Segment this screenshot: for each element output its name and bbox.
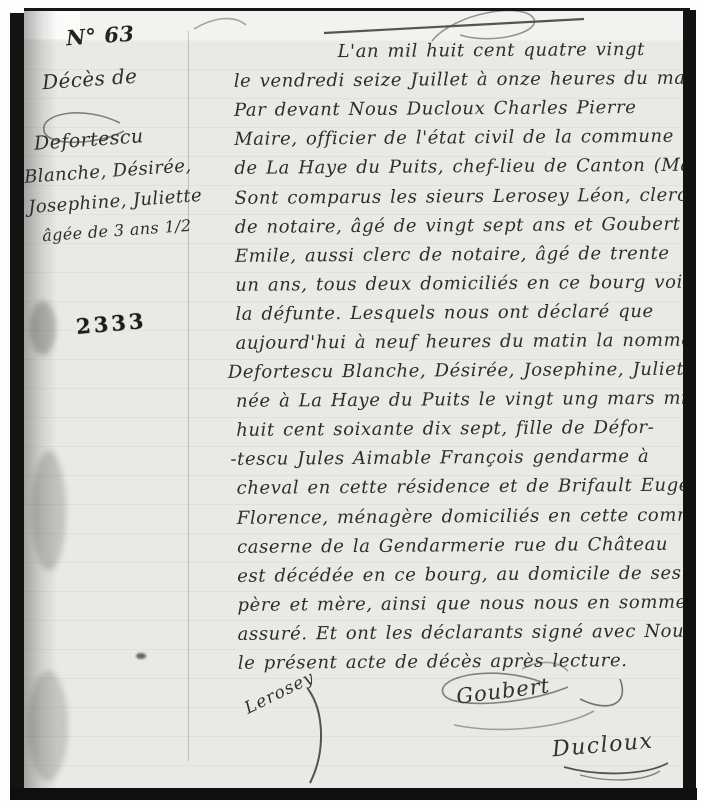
act-body-text: L'an mil huit cent quatre vingt le vendr… (24, 11, 683, 788)
scan-border-right (683, 10, 696, 790)
act-line: de notaire, âgé de vingt sept ans et Gou… (235, 214, 681, 238)
act-line: un ans, tous deux domiciliés en ce bourg… (235, 271, 683, 296)
act-line: Maire, officier de l'état civil de la co… (234, 126, 674, 150)
act-line: née à La Haye du Puits le vingt ung mars… (236, 388, 683, 412)
act-line: est décédée en ce bourg, au domicile de … (237, 563, 681, 587)
act-line: assuré. Et ont les déclarants signé avec… (238, 621, 683, 645)
act-line: père et mère, ainsi que nous nous en som… (237, 592, 683, 616)
act-line: L'an mil huit cent quatre vingt (337, 39, 645, 62)
act-line: Sont comparus les sieurs Lerosey Léon, c… (235, 185, 683, 209)
act-line: caserne de la Gendarmerie rue du Château (237, 534, 668, 558)
act-line: de La Haye du Puits, chef-lieu de Canton… (234, 154, 683, 179)
act-line: la défunte. Lesquels nous ont déclaré qu… (235, 301, 653, 325)
act-line: cheval en cette résidence et de Brifault… (237, 474, 683, 498)
act-line: Defortescu Blanche, Désirée, Josephine, … (228, 359, 683, 383)
act-line: le présent acte de décès après lecture. (238, 650, 628, 674)
scan-border-bottom (10, 788, 697, 800)
act-line: aujourd'hui à neuf heures du matin la no… (236, 330, 683, 354)
register-paper: N° 63 Décès de Defortescu Blanche, Désir… (24, 11, 683, 788)
act-line: huit cent soixante dix sept, fille de Dé… (236, 417, 654, 441)
act-line: -tescu Jules Aimable François gendarme à (230, 446, 649, 470)
act-line: le vendredi seize Juillet à onze heures … (234, 67, 683, 91)
scan-border-left (10, 13, 24, 793)
act-line: Florence, ménagère domiciliés en cette c… (237, 504, 683, 528)
act-line: Par devant Nous Ducloux Charles Pierre (234, 97, 637, 121)
scanned-register-page: N° 63 Décès de Defortescu Blanche, Désir… (0, 0, 705, 807)
act-line: Emile, aussi clerc de notaire, âgé de tr… (235, 243, 670, 267)
